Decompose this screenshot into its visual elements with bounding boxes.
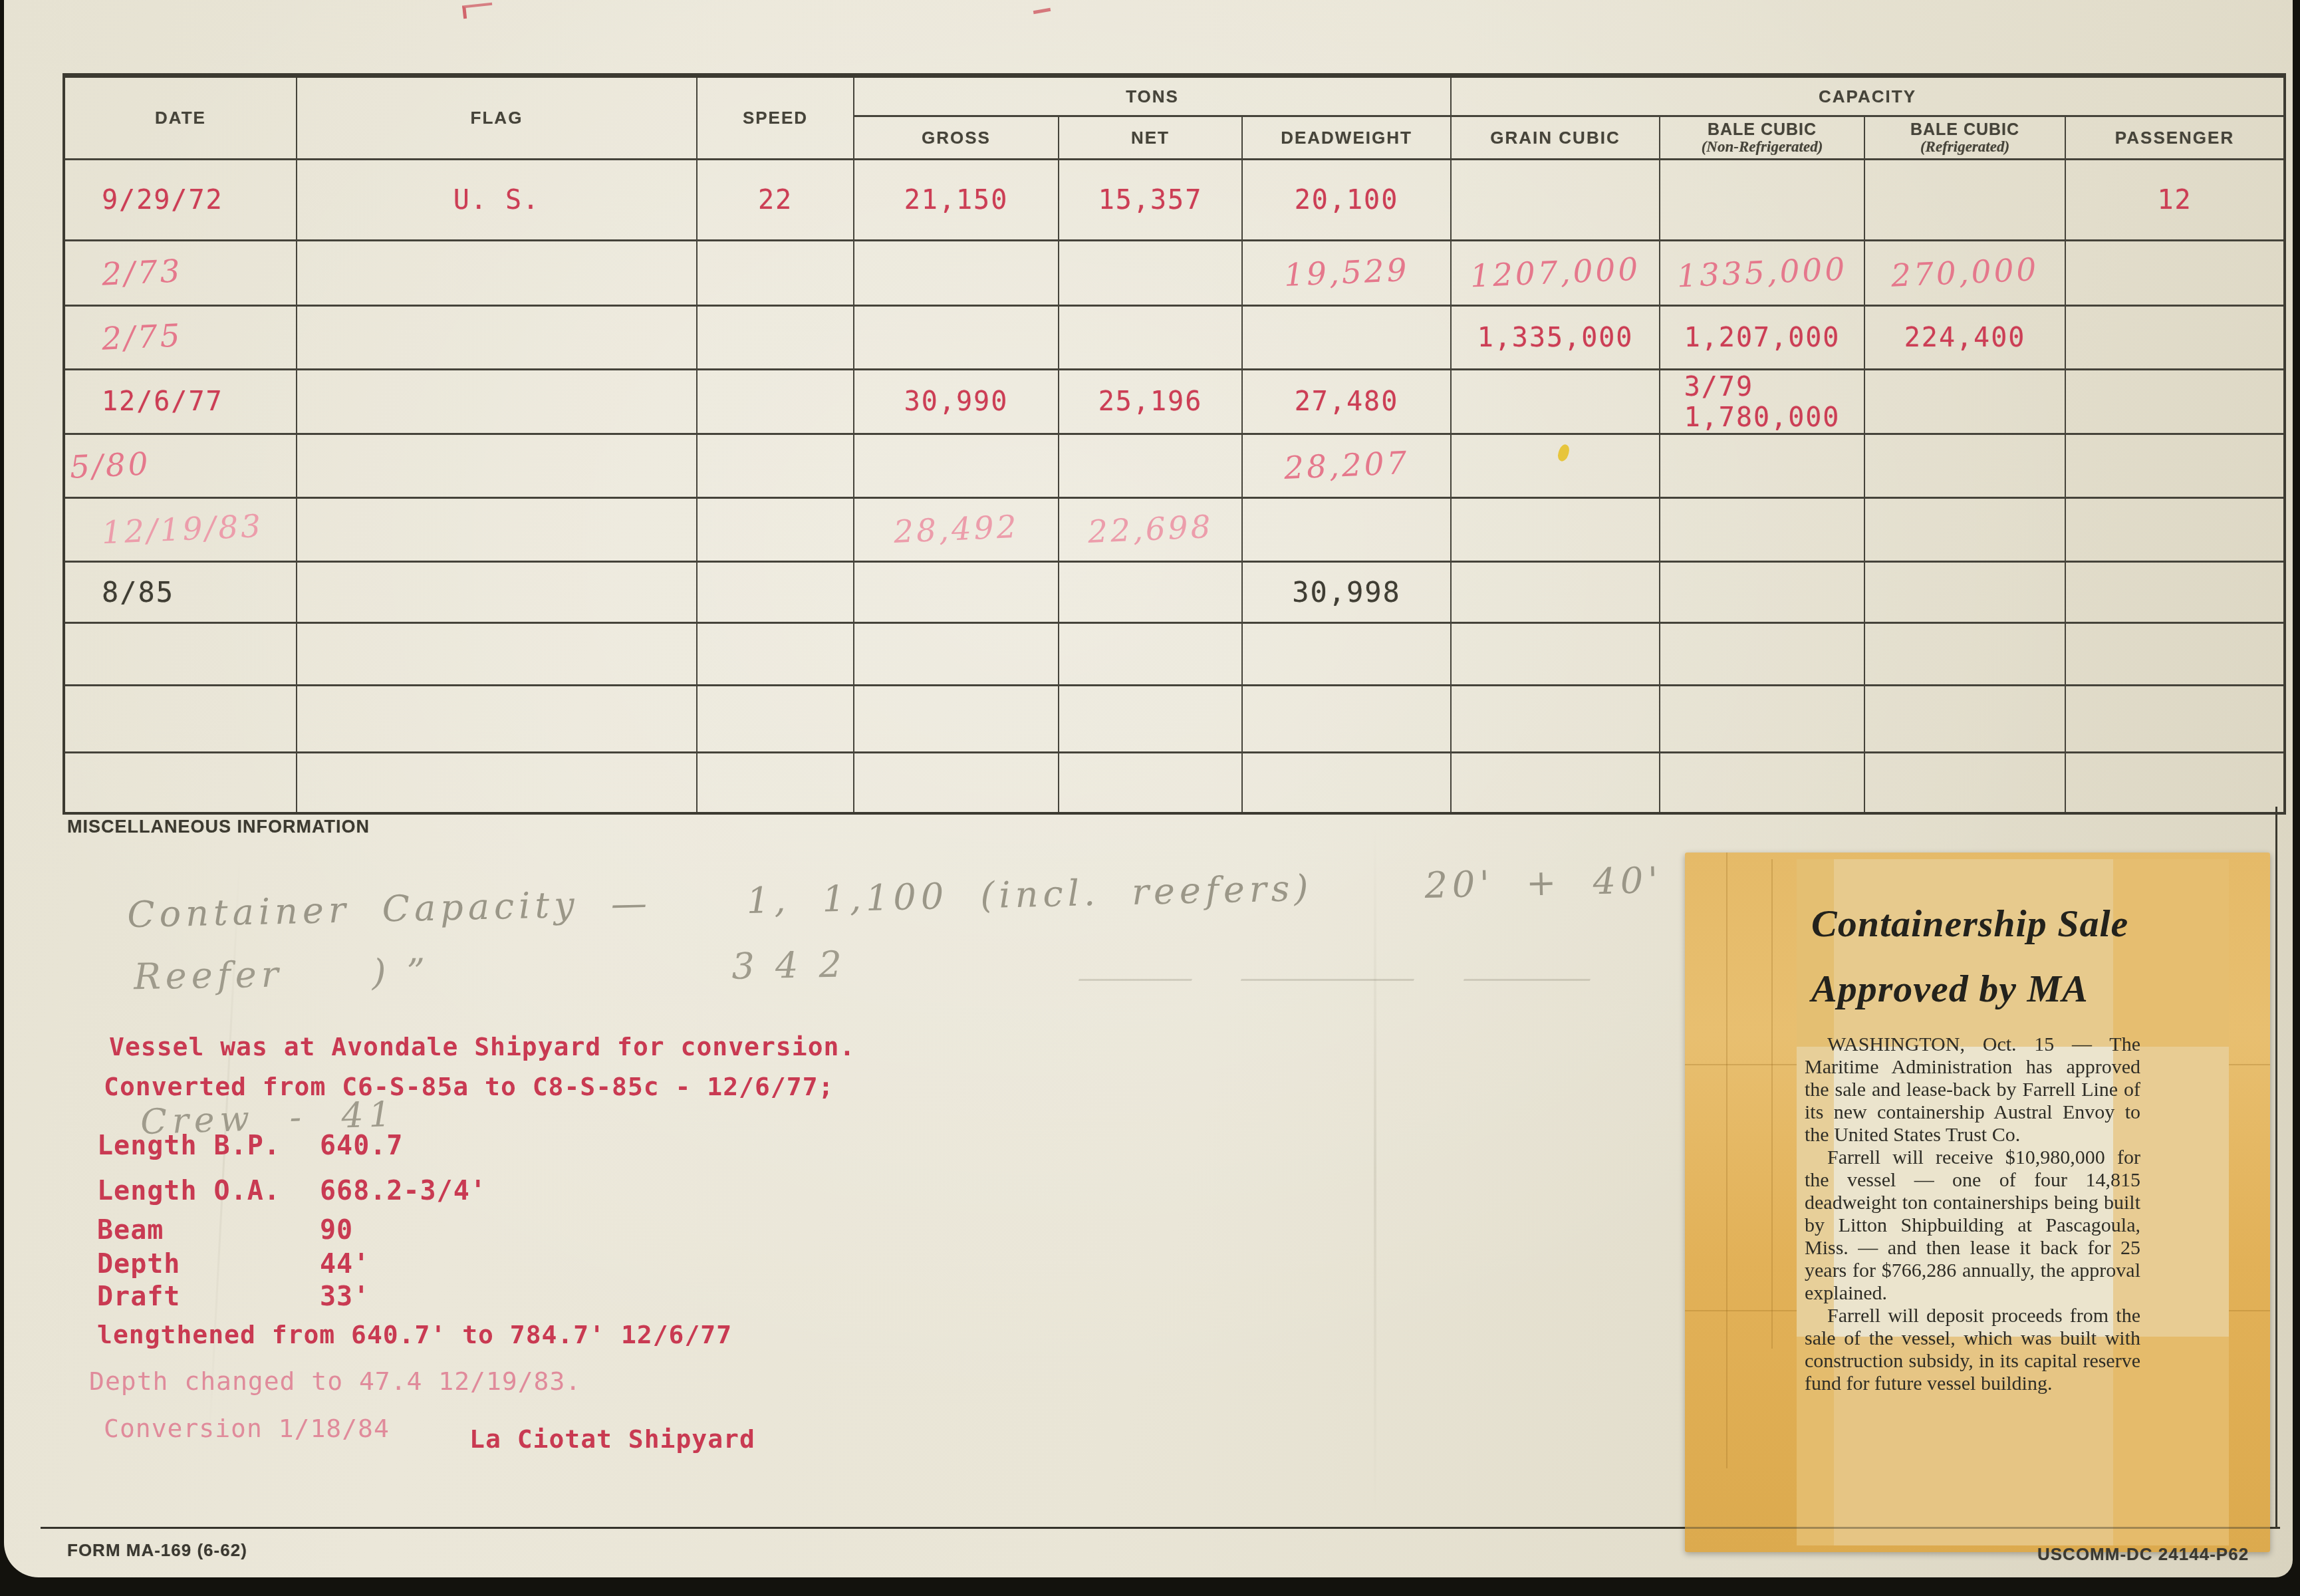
bale-nonref-line2: (Non-Refrigerated) [1660, 138, 1864, 156]
cell-deadweight [1242, 306, 1451, 370]
cell-speed [697, 562, 854, 623]
cell-speed: 22 [697, 160, 854, 241]
col-header-grain-cubic: GRAIN CUBIC [1451, 116, 1660, 160]
cell-bale_r [1864, 623, 2065, 686]
cell-bale_r [1864, 686, 2065, 753]
col-header-speed: SPEED [697, 76, 854, 160]
cell-net: 25,196 [1059, 370, 1242, 434]
cell-value: 1207,000 [1469, 251, 1641, 295]
pencil-note-left: Container Capacity — [127, 882, 652, 936]
cell-value: 9/29/72 [102, 185, 223, 215]
cell-grain: 1207,000 [1451, 241, 1660, 306]
cell-value: 15,357 [1098, 185, 1203, 215]
tape-seam [1726, 853, 1727, 1468]
cell-bale_r [1864, 434, 2065, 498]
vessel-record-table: DATE FLAG SPEED TONS CAPACITY GROSS NET … [63, 73, 2286, 815]
col-header-net: NET [1059, 116, 1242, 160]
cell-passenger [2065, 562, 2285, 623]
cell-net: 15,357 [1059, 160, 1242, 241]
cell-grain [1451, 434, 1660, 498]
cell-date: 12/6/77 [64, 370, 297, 434]
cell-bale_r [1864, 370, 2065, 434]
cell-deadweight: 19,529 [1242, 241, 1451, 306]
cell-speed [697, 370, 854, 434]
cell-value: 19,529 [1283, 252, 1410, 294]
cell-passenger [2065, 370, 2285, 434]
cell-flag [297, 241, 697, 306]
cell-flag [297, 562, 697, 623]
cell-value: 22,698 [1087, 509, 1214, 551]
cell-gross: 28,492 [854, 498, 1059, 562]
cell-gross: 21,150 [854, 160, 1059, 241]
cell-value: 270,000 [1890, 251, 2040, 295]
cell-net: 22,698 [1059, 498, 1242, 562]
table-row [64, 686, 2285, 753]
cell-gross [854, 686, 1059, 753]
col-header-gross: GROSS [854, 116, 1059, 160]
record-card-paper: DATE FLAG SPEED TONS CAPACITY GROSS NET … [4, 0, 2293, 1577]
cell-gross [854, 241, 1059, 306]
cell-passenger [2065, 306, 2285, 370]
cell-value: 25,196 [1098, 386, 1203, 417]
cell-value: 2/73 [101, 253, 184, 293]
cell-speed [697, 623, 854, 686]
stray-ink-mark [462, 3, 493, 19]
cell-passenger: 12 [2065, 160, 2285, 241]
cell-grain [1451, 753, 1660, 813]
cell-date [64, 753, 297, 813]
cell-flag: U. S. [297, 160, 697, 241]
table-row: 8/8530,998 [64, 562, 2285, 623]
spec-value: 44' [320, 1249, 370, 1279]
cell-date [64, 623, 297, 686]
pencil-reefer-label: Reefer [134, 953, 283, 997]
cell-date: 12/19/83 [64, 498, 297, 562]
cell-passenger [2065, 434, 2285, 498]
spec-value: 640.7 [320, 1130, 403, 1161]
cell-value: 21,150 [904, 185, 1009, 215]
cell-gross [854, 434, 1059, 498]
clipping-paper: Containership Sale Approved by MA WASHIN… [1797, 859, 2229, 1545]
cell-net [1059, 306, 1242, 370]
table-row: 9/29/72U. S.2221,15015,35720,10012 [64, 160, 2285, 241]
clipping-body: WASHINGTON, Oct. 15 — The Maritime Admin… [1805, 1033, 2140, 1395]
cell-speed [697, 306, 854, 370]
cell-value: 1335,000 [1676, 251, 1848, 295]
stray-ink-mark [1033, 8, 1051, 14]
table-row: 2/7319,5291207,0001335,000270,000 [64, 241, 2285, 306]
cell-grain [1451, 370, 1660, 434]
spec-row: Depth44' [97, 1249, 487, 1279]
cell-bale_r [1864, 753, 2065, 813]
typed-note-conversion-yard: La Ciotat Shipyard [469, 1424, 755, 1454]
cell-value: 30,998 [1292, 576, 1401, 608]
cell-net [1059, 562, 1242, 623]
cell-net [1059, 241, 1242, 306]
cell-flag [297, 370, 697, 434]
cell-bale_r [1864, 562, 2065, 623]
cell-bale_nr [1660, 623, 1864, 686]
cell-value: 5/80 [69, 446, 152, 485]
cell-net [1059, 434, 1242, 498]
cell-speed [697, 686, 854, 753]
cell-bale_r [1864, 498, 2065, 562]
headline-line2: Approved by MA [1811, 956, 2210, 1021]
group-header-tons: TONS [854, 76, 1451, 116]
cell-bale_nr [1660, 686, 1864, 753]
cell-value: 8/85 [102, 576, 174, 608]
cell-bale_nr: 1,207,000 [1660, 306, 1864, 370]
cell-value: 1,335,000 [1477, 323, 1634, 353]
clipping-paragraph: Farrell will receive $10,980,000 for the… [1805, 1146, 2140, 1305]
cell-flag [297, 306, 697, 370]
cell-net [1059, 753, 1242, 813]
spec-row: Length O.A.668.2-3/4' [97, 1176, 487, 1206]
cell-value: 20,100 [1295, 185, 1399, 215]
table-row [64, 623, 2285, 686]
cell-date: 2/75 [64, 306, 297, 370]
spec-label: Length B.P. [97, 1130, 320, 1161]
clipping-headline: Containership Sale Approved by MA [1811, 891, 2210, 1021]
spec-row: Beam90 [97, 1215, 487, 1246]
cell-value: 12 [2157, 185, 2192, 215]
spec-label: Depth [97, 1249, 320, 1279]
cell-grain [1451, 623, 1660, 686]
cell-value: 1,207,000 [1684, 323, 1841, 353]
cell-deadweight [1242, 686, 1451, 753]
dimension-specs: Length B.P.640.7 Length O.A.668.2-3/4' B… [97, 1130, 487, 1312]
cell-gross [854, 306, 1059, 370]
col-header-date: DATE [64, 76, 297, 160]
cell-date: 8/85 [64, 562, 297, 623]
col-header-passenger: PASSENGER [2065, 116, 2285, 160]
cell-value: 12/6/77 [102, 386, 223, 417]
cell-bale_r [1864, 160, 2065, 241]
cell-speed [697, 434, 854, 498]
cell-value: 224,400 [1904, 323, 2026, 353]
cell-speed [697, 241, 854, 306]
typed-note-conversion-date: Conversion 1/18/84 [104, 1414, 390, 1443]
newspaper-clipping: Containership Sale Approved by MA WASHIN… [1685, 853, 2270, 1552]
group-header-capacity: CAPACITY [1451, 76, 2285, 116]
col-header-deadweight: DEADWEIGHT [1242, 116, 1451, 160]
cell-value: 12/19/83 [101, 508, 264, 552]
cell-value: 2/75 [101, 317, 184, 357]
cell-value: 28,207 [1283, 445, 1410, 487]
cell-gross [854, 623, 1059, 686]
spec-value: 33' [320, 1281, 370, 1312]
col-header-bale-ref: BALE CUBIC (Refrigerated) [1864, 116, 2065, 160]
cell-passenger [2065, 498, 2285, 562]
col-header-flag: FLAG [297, 76, 697, 160]
cell-gross [854, 753, 1059, 813]
pencil-reefer-value: 3 4 2 [731, 944, 846, 988]
uscomm-print-code: USCOMM-DC 24144-P62 [2037, 1544, 2249, 1565]
typed-note-avondale: Vessel was at Avondale Shipyard for conv… [109, 1032, 855, 1061]
miscellaneous-information-label: MISCELLANEOUS INFORMATION [67, 817, 370, 837]
cell-flag [297, 498, 697, 562]
header-row-groups: DATE FLAG SPEED TONS CAPACITY [64, 76, 2285, 116]
cell-flag [297, 434, 697, 498]
table-body: 9/29/72U. S.2221,15015,35720,100122/7319… [64, 160, 2285, 813]
cell-grain [1451, 498, 1660, 562]
cell-flag [297, 623, 697, 686]
cell-deadweight [1242, 623, 1451, 686]
cell-grain [1451, 686, 1660, 753]
cell-value: U. S. [453, 185, 540, 215]
spec-label: Beam [97, 1215, 320, 1246]
scanned-vessel-record-card: DATE FLAG SPEED TONS CAPACITY GROSS NET … [0, 0, 2300, 1596]
clipping-paragraph: WASHINGTON, Oct. 15 — The Maritime Admin… [1805, 1033, 2140, 1146]
spec-label: Length O.A. [97, 1176, 320, 1206]
cell-passenger [2065, 753, 2285, 813]
faint-erased-pencil-marks [1081, 966, 1713, 984]
paper-crease [1374, 825, 1376, 1516]
cell-bale_nr [1660, 160, 1864, 241]
pencil-note-mid: 1, 1,100 (incl. reefers) [746, 867, 1313, 922]
cell-deadweight: 20,100 [1242, 160, 1451, 241]
cell-value: 3/79 1,780,000 [1684, 370, 1841, 433]
cell-grain [1451, 562, 1660, 623]
cell-bale_nr: 3/79 1,780,000 [1660, 370, 1864, 434]
bale-ref-line1: BALE CUBIC [1865, 120, 2065, 140]
cell-passenger [2065, 623, 2285, 686]
cell-date [64, 686, 297, 753]
typed-note-lengthened: lengthened from 640.7' to 784.7' 12/6/77 [97, 1320, 732, 1349]
table-row: 2/751,335,0001,207,000224,400 [64, 306, 2285, 370]
cell-date: 9/29/72 [64, 160, 297, 241]
spec-label: Draft [97, 1281, 320, 1312]
headline-line1: Containership Sale [1811, 891, 2210, 956]
bale-ref-line2: (Refrigerated) [1865, 138, 2065, 156]
cell-value: 28,492 [893, 509, 1020, 551]
cell-bale_r: 224,400 [1864, 306, 2065, 370]
cell-net [1059, 686, 1242, 753]
pencil-note-right: 20' + 40' [1424, 859, 1663, 906]
cell-flag [297, 686, 697, 753]
bottom-rule-through-tape [1620, 1527, 2278, 1529]
pencil-note-container-capacity: Container Capacity — 1, 1,100 (incl. ree… [127, 859, 1663, 936]
bale-nonref-line1: BALE CUBIC [1660, 120, 1864, 140]
cell-date: 5/80 [64, 434, 297, 498]
cell-deadweight [1242, 498, 1451, 562]
cell-grain [1451, 160, 1660, 241]
cell-bale_nr [1660, 498, 1864, 562]
spec-row: Length B.P.640.7 [97, 1130, 487, 1161]
cell-value: 22 [758, 185, 793, 215]
spec-row: Draft33' [97, 1281, 487, 1312]
typed-note-depth-changed: Depth changed to 47.4 12/19/83. [89, 1367, 581, 1396]
form-number: FORM MA-169 (6-62) [67, 1540, 247, 1561]
cell-date: 2/73 [64, 241, 297, 306]
table-row: 5/8028,207 [64, 434, 2285, 498]
cell-value: 30,990 [904, 386, 1009, 417]
cell-net [1059, 623, 1242, 686]
cell-bale_nr: 1335,000 [1660, 241, 1864, 306]
pencil-note-reefer: Reefer ) ” 3 4 2 [134, 944, 847, 998]
cell-bale_nr [1660, 434, 1864, 498]
cell-flag [297, 753, 697, 813]
col-header-bale-nonref: BALE CUBIC (Non-Refrigerated) [1660, 116, 1864, 160]
cell-bale_nr [1660, 562, 1864, 623]
card-right-frame-line [2275, 807, 2277, 1529]
cell-deadweight: 30,998 [1242, 562, 1451, 623]
cell-bale_r: 270,000 [1864, 241, 2065, 306]
cell-passenger [2065, 686, 2285, 753]
tape-seam [1771, 859, 1773, 1349]
cell-gross [854, 562, 1059, 623]
cell-deadweight: 27,480 [1242, 370, 1451, 434]
table-row: 12/6/7730,99025,19627,4803/79 1,780,000 [64, 370, 2285, 434]
cell-passenger [2065, 241, 2285, 306]
cell-speed [697, 753, 854, 813]
clipping-paragraph: Farrell will deposit proceeds from the s… [1805, 1305, 2140, 1395]
cell-value: 27,480 [1295, 386, 1399, 417]
table-row [64, 753, 2285, 813]
spec-value: 90 [320, 1215, 353, 1246]
spec-value: 668.2-3/4' [320, 1176, 487, 1206]
table-row: 12/19/8328,49222,698 [64, 498, 2285, 562]
typed-note-converted: Converted from C6-S-85a to C8-S-85c - 12… [104, 1072, 834, 1101]
cell-deadweight: 28,207 [1242, 434, 1451, 498]
pencil-ditto-mark: ) ” [372, 951, 430, 994]
cell-bale_nr [1660, 753, 1864, 813]
cell-gross: 30,990 [854, 370, 1059, 434]
cell-deadweight [1242, 753, 1451, 813]
cell-speed [697, 498, 854, 562]
cell-grain: 1,335,000 [1451, 306, 1660, 370]
